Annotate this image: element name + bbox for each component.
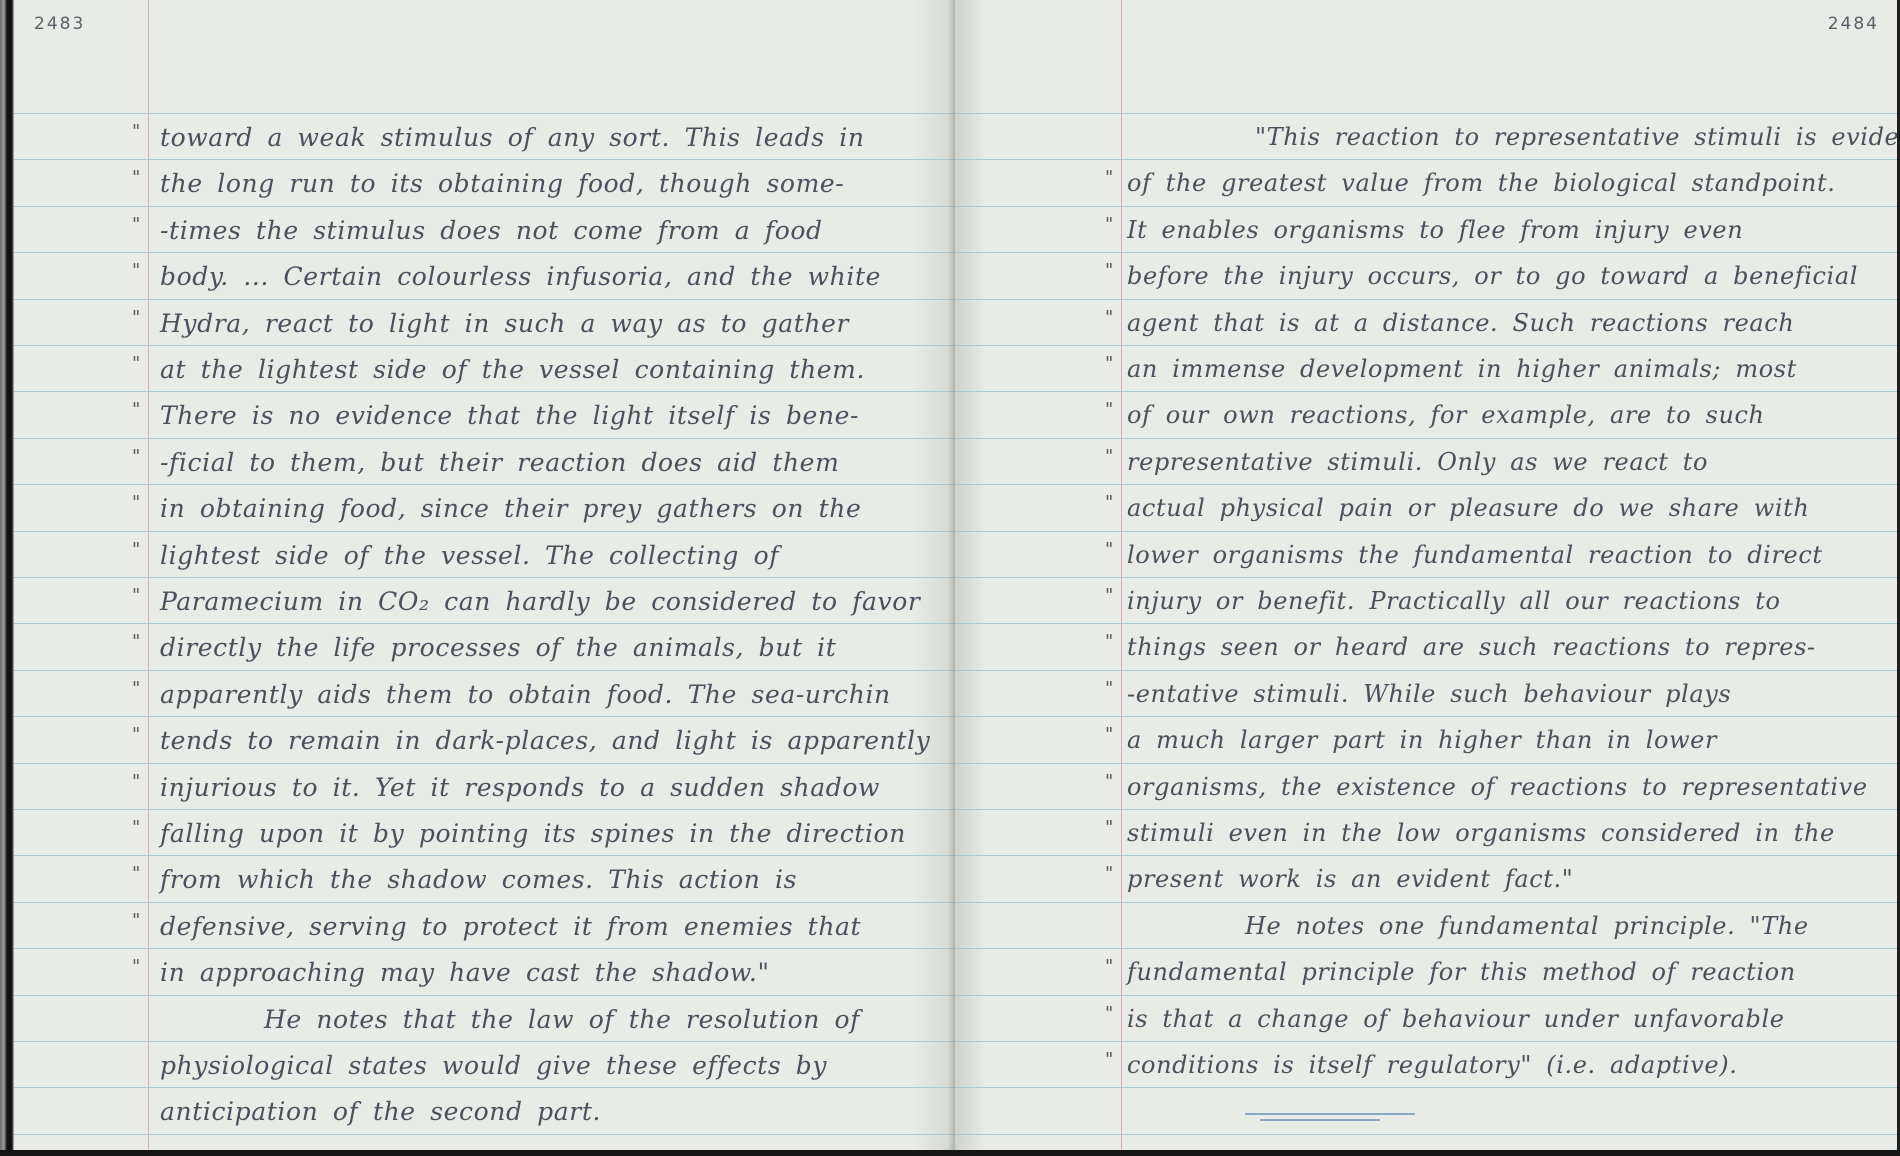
handwritten-line: of our own reactions, for example, are t…	[1127, 401, 1765, 429]
handwritten-line: representative stimuli. Only as we react…	[1127, 448, 1708, 476]
ruled-line	[955, 299, 1897, 300]
handwritten-line: of the greatest value from the biologica…	[1127, 169, 1835, 197]
ruled-line	[955, 113, 1897, 114]
handwritten-line: There is no evidence that the light itse…	[160, 401, 859, 430]
ditto-mark: "	[1105, 353, 1113, 374]
handwritten-line: tends to remain in dark-places, and ligh…	[160, 726, 930, 755]
ditto-mark: "	[132, 492, 140, 513]
handwritten-line: from which the shadow comes. This action…	[160, 865, 797, 894]
ditto-mark: "	[1105, 956, 1113, 977]
ruled-line	[14, 1087, 955, 1088]
ruled-line	[14, 995, 955, 996]
ditto-mark: "	[1105, 167, 1113, 188]
page-number: 2483	[34, 14, 85, 34]
ditto-mark: "	[1105, 771, 1113, 792]
handwritten-line: lightest side of the vessel. The collect…	[160, 541, 779, 570]
ditto-mark: "	[132, 631, 140, 652]
ditto-mark: "	[1105, 307, 1113, 328]
ruled-line	[955, 855, 1897, 856]
ruled-line	[955, 1041, 1897, 1042]
ditto-mark: "	[1105, 492, 1113, 513]
ditto-mark: "	[132, 585, 140, 606]
handwritten-line: -times the stimulus does not come from a…	[160, 216, 823, 245]
handwritten-line: present work is an evident fact."	[1127, 865, 1573, 893]
ruled-line	[14, 1134, 955, 1135]
ruled-line	[955, 206, 1897, 207]
ditto-mark: "	[1105, 1003, 1113, 1024]
ditto-mark: "	[1105, 863, 1113, 884]
ditto-mark: "	[132, 771, 140, 792]
ditto-mark: "	[132, 817, 140, 838]
handwritten-line: the long run to its obtaining food, thou…	[160, 169, 844, 198]
handwritten-line: actual physical pain or pleasure do we s…	[1127, 494, 1809, 522]
ditto-mark: "	[1105, 585, 1113, 606]
ruled-line	[14, 206, 955, 207]
ditto-mark: "	[1105, 1049, 1113, 1070]
ruled-line	[955, 484, 1897, 485]
handwritten-line: fundamental principle for this method of…	[1127, 958, 1796, 986]
ditto-mark: "	[1105, 678, 1113, 699]
ruled-line	[14, 623, 955, 624]
handwritten-line: before the injury occurs, or to go towar…	[1127, 262, 1858, 290]
handwritten-line: injurious to it. Yet it responds to a su…	[160, 773, 880, 802]
ruled-line	[955, 1087, 1897, 1088]
page-bottom-edge	[0, 1150, 1900, 1156]
ditto-mark: "	[132, 724, 140, 745]
handwritten-line: apparently aids them to obtain food. The…	[160, 680, 891, 709]
handwritten-line: an immense development in higher animals…	[1127, 355, 1797, 383]
handwritten-line: "This reaction to representative stimuli…	[1255, 123, 1897, 151]
ditto-mark: "	[132, 910, 140, 931]
ruled-line	[955, 670, 1897, 671]
ruled-line	[14, 531, 955, 532]
ruled-line	[14, 763, 955, 764]
ruled-line	[955, 438, 1897, 439]
ruled-line	[14, 159, 955, 160]
ruled-line	[955, 391, 1897, 392]
ditto-mark: "	[132, 353, 140, 374]
handwritten-line: He notes one fundamental principle. "The	[1245, 912, 1809, 940]
handwritten-line: agent that is at a distance. Such reacti…	[1127, 309, 1794, 337]
ruled-line	[14, 113, 955, 114]
ruled-line	[955, 763, 1897, 764]
ruled-line	[14, 1041, 955, 1042]
handwritten-line: in approaching may have cast the shadow.…	[160, 958, 770, 987]
handwritten-line: -ficial to them, but their reaction does…	[160, 448, 839, 477]
left-page: 2483 "toward a weak stimulus of any sort…	[14, 0, 955, 1150]
handwritten-line: anticipation of the second part.	[160, 1097, 601, 1126]
book-cover-edge	[0, 0, 14, 1156]
ditto-mark: "	[1105, 724, 1113, 745]
ruled-line	[14, 948, 955, 949]
ruled-line	[14, 345, 955, 346]
ruled-line	[14, 855, 955, 856]
ruled-line	[14, 484, 955, 485]
ruled-line	[14, 299, 955, 300]
double-underline	[1245, 1113, 1415, 1115]
ditto-mark: "	[1105, 260, 1113, 281]
ruled-line	[14, 809, 955, 810]
ruled-line	[955, 995, 1897, 996]
handwritten-line: Paramecium in CO₂ can hardly be consider…	[160, 587, 920, 616]
ditto-mark: "	[1105, 631, 1113, 652]
ditto-mark: "	[132, 167, 140, 188]
ditto-mark: "	[132, 539, 140, 560]
ditto-mark: "	[1105, 214, 1113, 235]
ditto-mark: "	[1105, 446, 1113, 467]
ruled-line	[14, 902, 955, 903]
handwritten-line: a much larger part in higher than in low…	[1127, 726, 1717, 754]
ditto-mark: "	[132, 678, 140, 699]
ditto-mark: "	[1105, 539, 1113, 560]
ruled-line	[955, 809, 1897, 810]
ruled-line	[955, 159, 1897, 160]
notebook-spread: 2483 "toward a weak stimulus of any sort…	[0, 0, 1900, 1156]
ditto-mark: "	[132, 214, 140, 235]
handwritten-line: He notes that the law of the resolution …	[264, 1005, 860, 1034]
ditto-mark: "	[1105, 399, 1113, 420]
margin-line	[148, 0, 149, 1150]
handwritten-line: falling upon it by pointing its spines i…	[160, 819, 906, 848]
handwritten-line: in obtaining food, since their prey gath…	[160, 494, 861, 523]
handwritten-line: -entative stimuli. While such behaviour …	[1127, 680, 1731, 708]
ditto-mark: "	[132, 260, 140, 281]
right-page: 2484 "This reaction to representative st…	[955, 0, 1897, 1150]
ruled-line	[14, 438, 955, 439]
handwritten-line: toward a weak stimulus of any sort. This…	[160, 123, 865, 152]
handwritten-line: directly the life processes of the anima…	[160, 633, 836, 662]
double-underline	[1260, 1119, 1380, 1121]
handwritten-line: injury or benefit. Practically all our r…	[1127, 587, 1781, 615]
ditto-mark: "	[132, 399, 140, 420]
ruled-line	[955, 716, 1897, 717]
handwritten-line: lower organisms the fundamental reaction…	[1127, 541, 1823, 569]
ruled-line	[955, 1134, 1897, 1135]
ruled-line	[14, 252, 955, 253]
ruled-line	[955, 531, 1897, 532]
ruled-line	[955, 252, 1897, 253]
ruled-line	[955, 623, 1897, 624]
handwritten-line: is that a change of behaviour under unfa…	[1127, 1005, 1785, 1033]
ruled-line	[14, 391, 955, 392]
page-number: 2484	[1828, 14, 1879, 34]
ditto-mark: "	[132, 446, 140, 467]
ruled-line	[955, 345, 1897, 346]
ditto-mark: "	[132, 121, 140, 142]
handwritten-line: body. ... Certain colourless infusoria, …	[160, 262, 881, 291]
ruled-line	[955, 577, 1897, 578]
ditto-mark: "	[132, 307, 140, 328]
handwritten-line: organisms, the existence of reactions to…	[1127, 773, 1868, 801]
handwritten-line: physiological states would give these ef…	[160, 1051, 827, 1080]
margin-line	[1121, 0, 1122, 1150]
ruled-line	[955, 902, 1897, 903]
handwritten-line: defensive, serving to protect it from en…	[160, 912, 861, 941]
ditto-mark: "	[132, 956, 140, 977]
ditto-mark: "	[132, 863, 140, 884]
handwritten-line: things seen or heard are such reactions …	[1127, 633, 1816, 661]
handwritten-line: It enables organisms to flee from injury…	[1127, 216, 1743, 244]
handwritten-line: conditions is itself regulatory" (i.e. a…	[1127, 1051, 1737, 1079]
handwritten-line: stimuli even in the low organisms consid…	[1127, 819, 1835, 847]
ruled-line	[14, 577, 955, 578]
ruled-line	[955, 948, 1897, 949]
ruled-line	[14, 670, 955, 671]
ruled-line	[14, 716, 955, 717]
handwritten-line: at the lightest side of the vessel conta…	[160, 355, 865, 384]
handwritten-line: Hydra, react to light in such a way as t…	[160, 309, 849, 338]
ditto-mark: "	[1105, 817, 1113, 838]
